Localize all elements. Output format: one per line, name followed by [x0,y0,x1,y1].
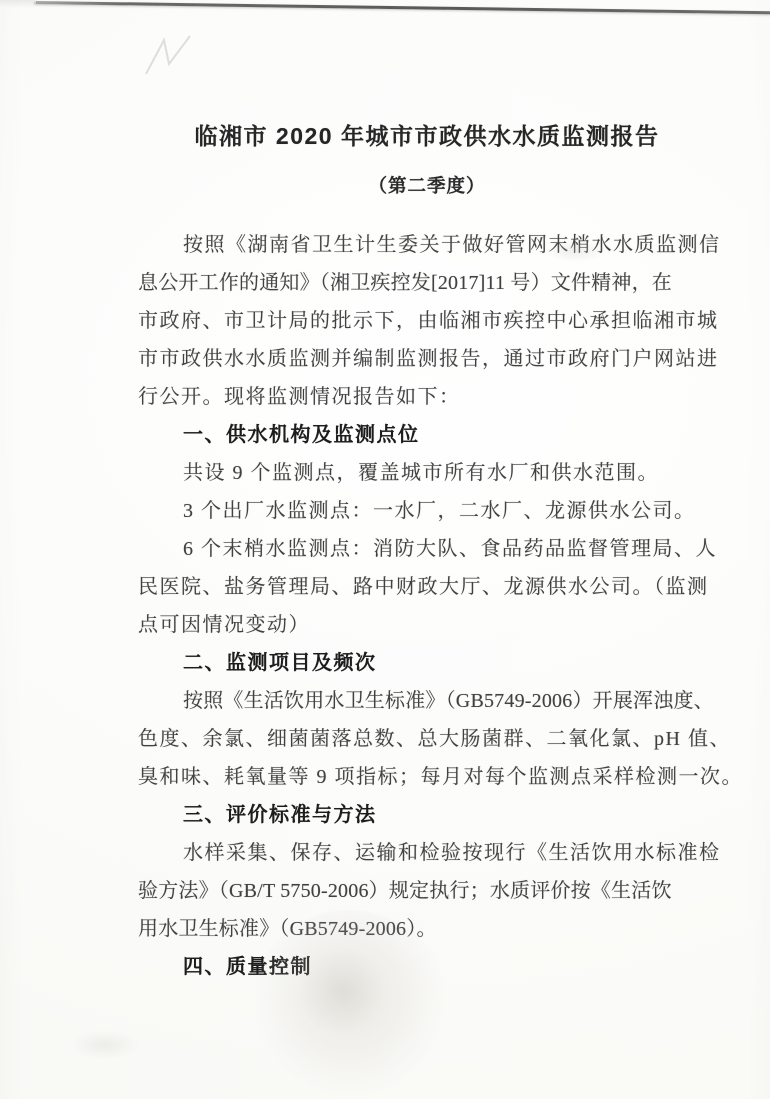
section-1-line: 共设 9 个监测点，覆盖城市所有水厂和供水范围。 [138,454,716,492]
page-subtitle: （第二季度） [138,166,716,206]
intro-line: 行公开。现将监测情况报告如下： [138,378,716,416]
intro-line: 按照《湖南省卫生计生委关于做好管网末梢水水质监测信 [138,226,716,264]
scan-smudge [545,240,605,262]
section-2-line: 色度、余氯、细菌菌落总数、总大肠菌群、二氧化氯、pH 值、 [138,720,716,758]
scanned-report-page: 临湘市 2020 年城市市政供水水质监测报告 （第二季度） 按照《湖南省卫生计生… [0,0,770,1099]
section-3-line: 水样采集、保存、运输和检验按现行《生活饮用水标准检 [138,834,716,872]
scan-smudge [70,1030,140,1060]
document-content: 临湘市 2020 年城市市政供水水质监测报告 （第二季度） 按照《湖南省卫生计生… [138,0,716,986]
section-heading-1: 一、供水机构及监测点位 [138,416,716,454]
section-1-line: 民医院、盐务管理局、路中财政大厅、龙源供水公司。（监测 [138,568,716,606]
section-3-line: 验方法》（GB/T 5750-2006）规定执行；水质评价按《生活饮 [138,872,716,910]
intro-line: 市市政供水水质监测并编制监测报告，通过市政府门户网站进 [138,340,716,378]
section-1-line: 6 个末梢水监测点：消防大队、食品药品监督管理局、人 [138,530,716,568]
intro-line: 市政府、市卫计局的批示下，由临湘市疾控中心承担临湘市城 [138,302,716,340]
section-1-line: 点可因情况变动） [138,606,716,644]
section-heading-3: 三、评价标准与方法 [138,796,716,834]
section-2-line: 按照《生活饮用水卫生标准》（GB5749-2006）开展浑浊度、 [138,682,716,720]
stamp-bleedthrough [252,910,447,1095]
section-heading-2: 二、监测项目及频次 [138,644,716,682]
document-body: 按照《湖南省卫生计生委关于做好管网末梢水水质监测信 息公开工作的通知》（湘卫疾控… [138,226,716,986]
section-3-line: 用水卫生标准》（GB5749-2006）。 [138,910,716,948]
section-2-line: 臭和味、耗氧量等 9 项指标；每月对每个监测点采样检测一次。 [138,758,716,796]
page-title: 临湘市 2020 年城市市政供水水质监测报告 [138,116,716,156]
scan-shadow [0,0,36,8]
intro-line: 息公开工作的通知》（湘卫疾控发[2017]11 号）文件精神，在 [138,264,716,302]
stamp-inner-smudge [296,948,386,1034]
section-1-line: 3 个出厂水监测点：一水厂，二水厂、龙源供水公司。 [138,492,716,530]
